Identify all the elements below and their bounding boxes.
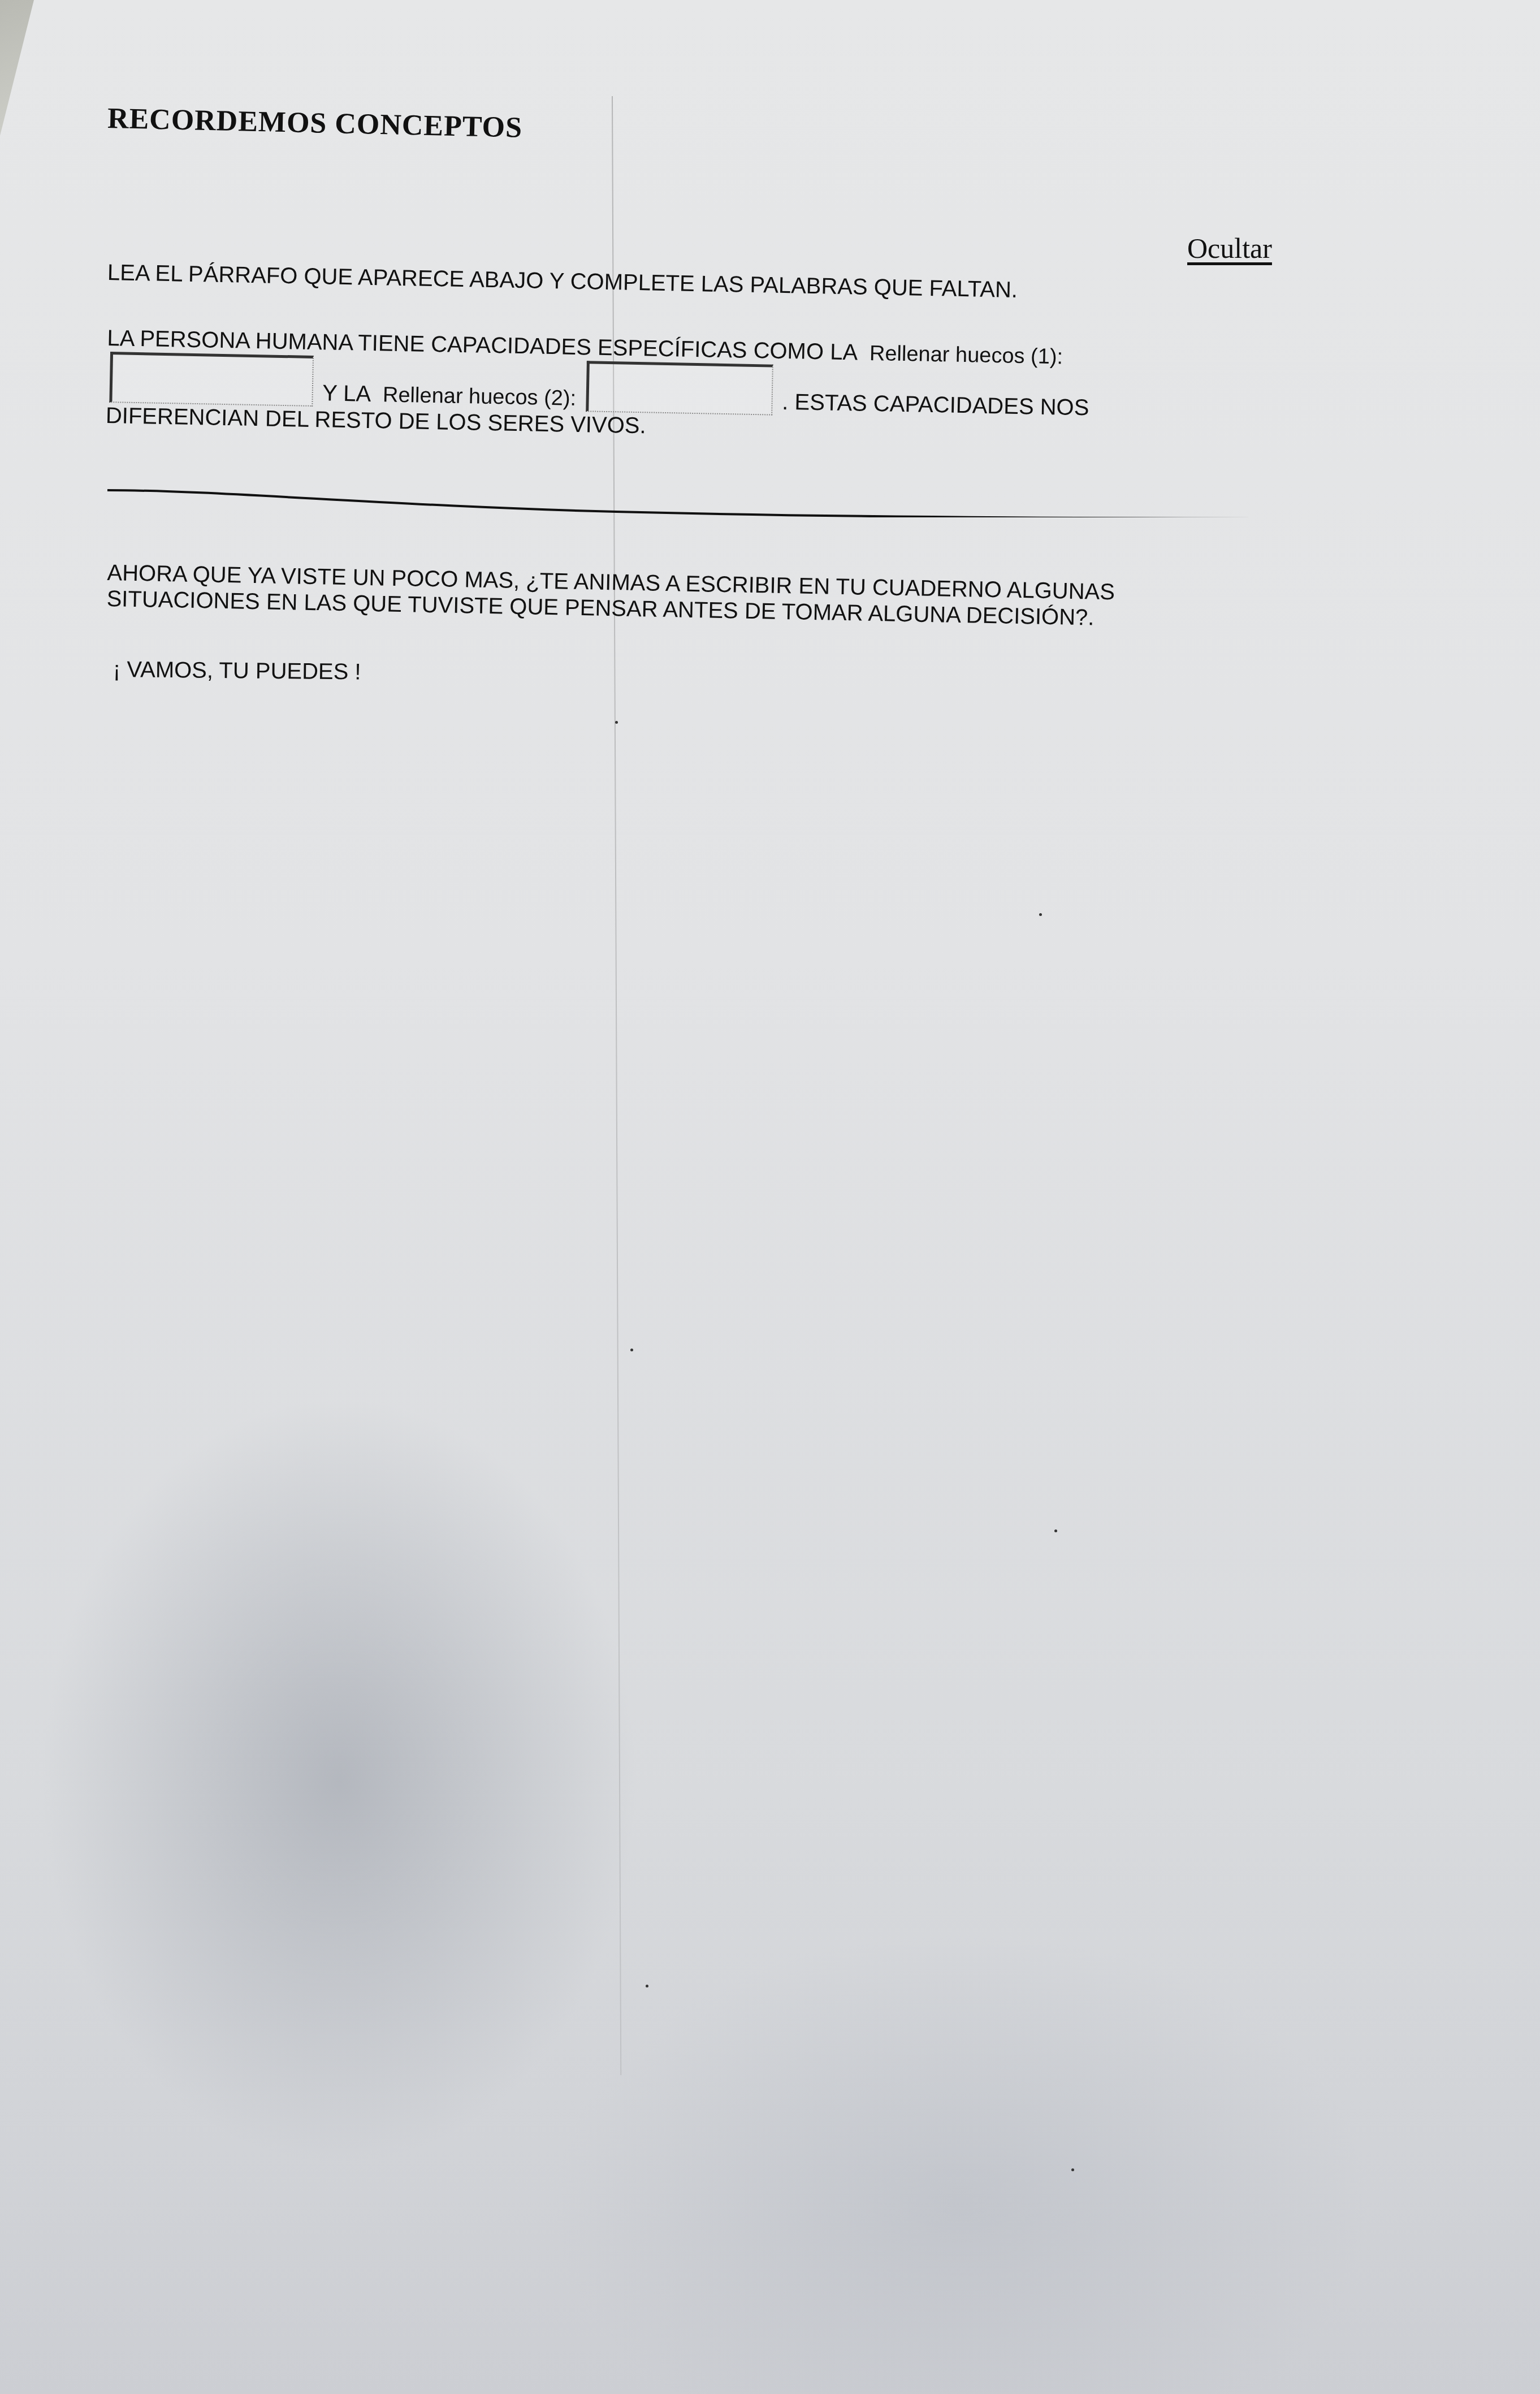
blank-1-label: Rellenar huecos (1):	[870, 342, 1063, 369]
paragraph-text-2: Y LA	[322, 381, 370, 407]
blank-2-label: Rellenar huecos (2):	[383, 383, 577, 410]
ink-speck	[646, 1985, 648, 1987]
ink-speck	[1039, 913, 1042, 916]
encouragement-text: ¡ VAMOS, TU PUEDES !	[113, 657, 361, 685]
blank-2-input[interactable]	[586, 361, 773, 415]
divider	[107, 483, 1295, 517]
fill-in-paragraph: LA PERSONA HUMANA TIENE CAPACIDADES ESPE…	[105, 325, 1192, 450]
paragraph-text-3: . ESTAS CAPACIDADES NOS	[782, 390, 1089, 420]
page-title: RECORDEMOS CONCEPTOS	[107, 102, 1306, 162]
worksheet: RECORDEMOS CONCEPTOS Ocultar LEA EL PÁRR…	[107, 96, 1306, 135]
ink-speck	[615, 721, 618, 724]
paper-sheet: RECORDEMOS CONCEPTOS Ocultar LEA EL PÁRR…	[0, 0, 1540, 2394]
ink-speck	[1071, 2168, 1074, 2171]
reflection-question: AHORA QUE YA VISTE UN POCO MAS, ¿TE ANIM…	[106, 560, 1283, 634]
ink-speck	[1054, 1529, 1057, 1532]
divider-line	[107, 483, 1295, 517]
hide-link[interactable]: Ocultar	[1187, 232, 1272, 265]
ink-speck	[630, 1349, 633, 1351]
blank-1-input[interactable]	[109, 352, 314, 407]
instruction-text: LEA EL PÁRRAFO QUE APARECE ABAJO Y COMPL…	[107, 260, 1018, 303]
